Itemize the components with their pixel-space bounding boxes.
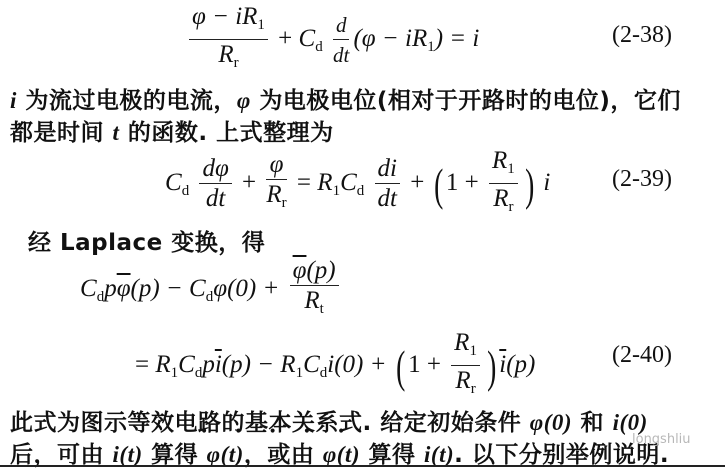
denominator: R xyxy=(493,185,508,212)
numerator: φ xyxy=(270,151,284,178)
subscript: 1 xyxy=(333,183,341,199)
phi-of-t: φ(t) xyxy=(207,442,244,467)
numerator: dφ xyxy=(202,155,228,182)
numerator: R xyxy=(492,147,507,174)
capacitance-symbol: C xyxy=(340,169,357,196)
equation-number-2-38: (2-38) xyxy=(612,22,672,49)
derivative-operator: d dt xyxy=(333,12,350,69)
subscript: 1 xyxy=(427,39,435,55)
i-of-t: i(t) xyxy=(113,442,143,467)
i-bar: i xyxy=(215,351,222,378)
var-phi: φ xyxy=(237,88,251,113)
subscript: d xyxy=(357,183,365,199)
text: 都是时间 xyxy=(10,120,113,146)
subscript: d xyxy=(315,39,323,55)
equation-2-39: Cd dφ dt + φ Rr = R1Cd di dt + (1 + R1 R… xyxy=(165,148,550,221)
equation-number-2-40: (2-40) xyxy=(612,342,672,369)
capacitance-symbol: C xyxy=(165,169,182,196)
subscript: d xyxy=(182,183,190,199)
i-of-t: i(t) xyxy=(424,442,454,467)
paragraph-2: 经 Laplace 变换，得 xyxy=(28,224,265,257)
phi-bar: φ xyxy=(117,275,131,302)
argument: (p) xyxy=(306,257,335,284)
bottom-rule xyxy=(0,465,725,467)
paragraph-1-line-2: 都是时间 t 的函数. 上式整理为 xyxy=(10,114,334,147)
fraction-phibar-over-Rt: φ(p) Rt xyxy=(290,258,339,323)
text: 的函数. 上式整理为 xyxy=(119,120,333,146)
var-i: i xyxy=(543,169,550,196)
i-zero: i(0) + xyxy=(327,351,386,378)
denominator: dt xyxy=(333,43,349,67)
argument: (p) − C xyxy=(131,275,206,302)
plus-sign: + xyxy=(278,25,292,52)
argument: (p) − R xyxy=(222,351,296,378)
denominator: R xyxy=(266,181,281,208)
capacitance-symbol: C xyxy=(299,25,316,52)
paren-expression: (φ − iR xyxy=(353,25,427,52)
fraction-R1-over-Rr: R1 Rr xyxy=(489,148,518,221)
phi-of-t: φ(t) xyxy=(323,442,360,467)
one-plus: 1 + xyxy=(408,351,441,378)
equals-sign: = xyxy=(135,351,149,378)
argument: (p) xyxy=(506,351,535,378)
fraction-dphi-dt: dφ dt xyxy=(199,156,231,213)
paren-close: ) = i xyxy=(435,25,480,52)
watermark: longshliu xyxy=(632,432,691,447)
phi-zero: φ(0) xyxy=(530,410,572,435)
subscript: r xyxy=(282,195,287,211)
equation-number-2-39: (2-39) xyxy=(612,166,672,193)
subscript: r xyxy=(509,199,514,215)
denominator: R xyxy=(304,287,319,314)
capacitance-symbol: C xyxy=(80,275,97,302)
equation-2-40-line-1: Cdpφ(p) − Cdφ(0) + φ(p) Rt xyxy=(80,258,343,323)
equation-2-40-line-2: = R1Cdpi(p) − R1Cdi(0) + (1 + R1 Rr )i(p… xyxy=(135,330,535,403)
subscript: 1 xyxy=(507,161,515,177)
equals-sign: = xyxy=(297,169,311,196)
subscript: t xyxy=(320,301,324,317)
numerator: R xyxy=(454,329,469,356)
phi-zero: φ(0) + xyxy=(213,275,279,302)
resistance-symbol: R xyxy=(155,351,170,378)
var-p: p xyxy=(202,351,215,378)
paragraph-3-line-2: 后，可由 i(t) 算得 φ(t)，或由 φ(t) 算得 i(t). 以下分别举… xyxy=(10,436,669,468)
subscript: r xyxy=(234,55,239,71)
numerator: di xyxy=(378,155,397,182)
resistance-symbol: R xyxy=(317,169,332,196)
numerator: φ − iR xyxy=(192,3,257,30)
denominator: dt xyxy=(206,185,225,212)
fraction-R1-over-Rr: R1 Rr xyxy=(451,330,480,403)
one-plus: 1 + xyxy=(446,169,479,196)
right-paren: ) xyxy=(525,162,534,208)
text: 为流过电极的电流， xyxy=(17,88,237,114)
capacitance-symbol: C xyxy=(178,351,195,378)
plus-sign: + xyxy=(242,169,256,196)
right-paren: ) xyxy=(487,344,496,390)
var-p: p xyxy=(104,275,117,302)
fraction-phi-over-Rr: φ Rr xyxy=(266,152,286,217)
text: 为电极电位(相对于开路时的电位)，它们 xyxy=(251,88,681,114)
phi-bar: φ xyxy=(293,257,307,284)
denominator: R xyxy=(455,367,470,394)
fraction-di-dt: di dt xyxy=(375,156,400,213)
plus-sign: + xyxy=(410,169,424,196)
numerator: d xyxy=(336,13,347,37)
fraction-phi-minus-iR1-over-Rr: φ − iR1 Rr xyxy=(189,4,268,77)
subscript: 1 xyxy=(469,343,477,359)
capacitance-symbol: C xyxy=(303,351,320,378)
subscript: 1 xyxy=(257,17,265,33)
subscript: 1 xyxy=(296,365,304,381)
denominator: R xyxy=(218,41,233,68)
equation-2-38: φ − iR1 Rr + Cd d dt (φ − iR1) = i xyxy=(185,4,479,77)
denominator: dt xyxy=(378,185,397,212)
text: 和 xyxy=(572,410,613,436)
left-paren: ( xyxy=(396,344,405,390)
subscript: r xyxy=(471,381,476,397)
var-i: i xyxy=(10,88,17,113)
paragraph-1-line-1: i 为流过电极的电流，φ 为电极电位(相对于开路时的电位)，它们 xyxy=(10,82,681,115)
left-paren: ( xyxy=(434,162,443,208)
